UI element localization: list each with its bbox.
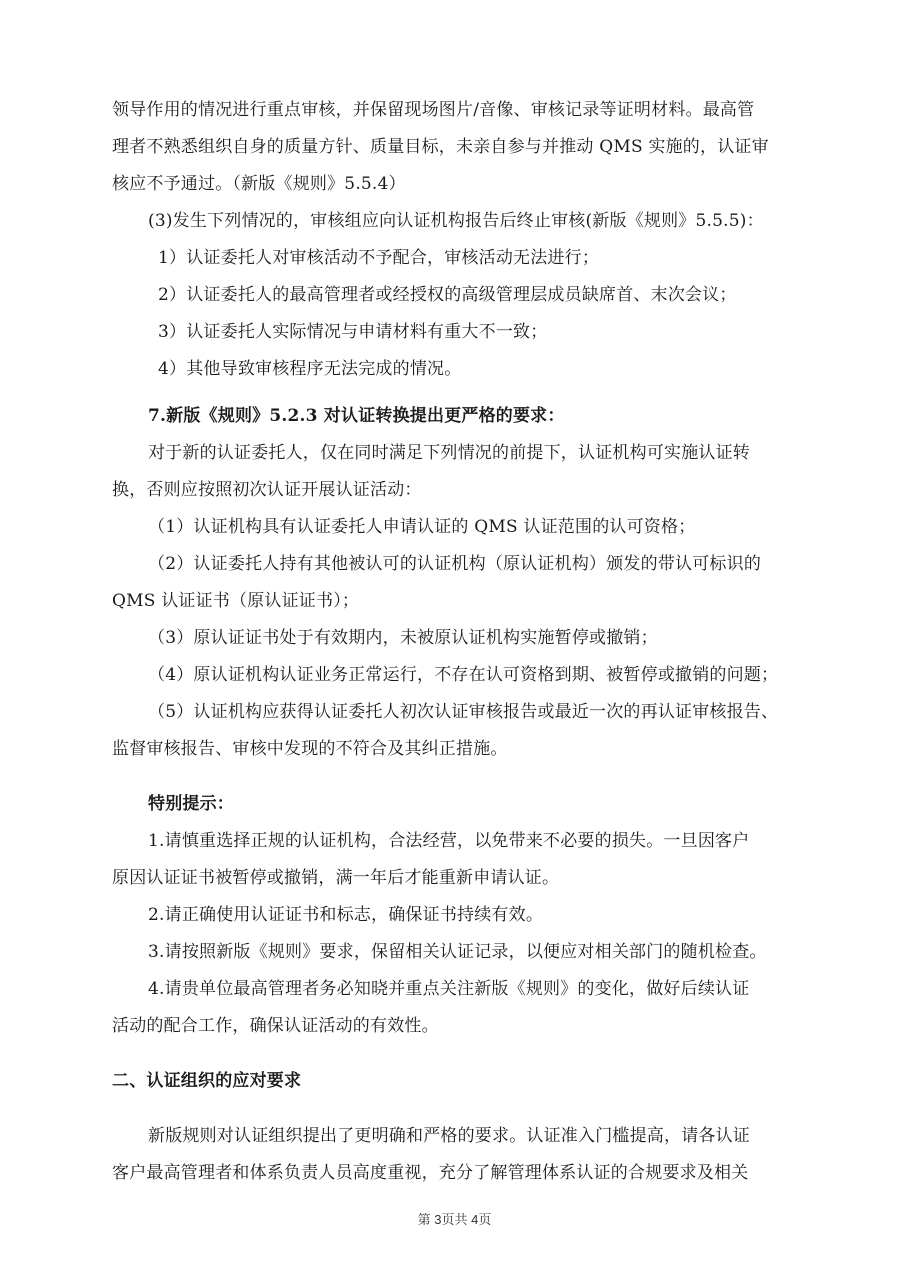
list-item: （5）认证机构应获得认证委托人初次认证审核报告或最近一次的再认证审核报告、 监督… xyxy=(112,694,802,768)
text-line: 领导作用的情况进行重点审核，并保留现场图片/音像、审核记录等证明材料。最高管 xyxy=(112,92,802,129)
text-line: 客户最高管理者和体系负责人员高度重视，充分了解管理体系认证的合规要求及相关 xyxy=(112,1155,802,1192)
text-line: 监督审核报告、审核中发现的不符合及其纠正措施。 xyxy=(112,731,802,768)
list-item: （1）认证机构具有认证委托人申请认证的 QMS 认证范围的认可资格； xyxy=(112,509,802,546)
document-page: 领导作用的情况进行重点审核，并保留现场图片/音像、审核记录等证明材料。最高管 理… xyxy=(112,92,802,1192)
list-item: 1）认证委托人对审核活动不予配合，审核活动无法进行； xyxy=(112,240,802,277)
text-line: 换，否则应按照初次认证开展认证活动： xyxy=(112,472,802,509)
section-heading-7: 7.新版《规则》5.2.3 对认证转换提出更严格的要求： xyxy=(112,398,802,435)
section-heading-2: 二、认证组织的应对要求 xyxy=(112,1063,802,1100)
section7-intro: 对于新的认证委托人，仅在同时满足下列情况的前提下，认证机构可实施认证转 换，否则… xyxy=(112,435,802,509)
text-line: 4.请贵单位最高管理者务必知晓并重点关注新版《规则》的变化，做好后续认证 xyxy=(112,971,802,1008)
paragraph-leadership: 领导作用的情况进行重点审核，并保留现场图片/音像、审核记录等证明材料。最高管 理… xyxy=(112,92,802,203)
list-item: 4）其他导致审核程序无法完成的情况。 xyxy=(112,351,802,388)
list-item: （4）原认证机构认证业务正常运行，不存在认可资格到期、被暂停或撤销的问题； xyxy=(112,657,802,694)
text-line: QMS 认证证书（原认证证书）； xyxy=(112,583,802,620)
tips-heading: 特别提示： xyxy=(112,786,802,823)
text-line: 原因认证证书被暂停或撤销，满一年后才能重新申请认证。 xyxy=(112,860,802,897)
text-line: （5）认证机构应获得认证委托人初次认证审核报告或最近一次的再认证审核报告、 xyxy=(112,694,802,731)
text-line: 对于新的认证委托人，仅在同时满足下列情况的前提下，认证机构可实施认证转 xyxy=(112,435,802,472)
list-item: 3）认证委托人实际情况与申请材料有重大不一致； xyxy=(112,314,802,351)
text-line: 理者不熟悉组织自身的质量方针、质量目标，未亲自参与并推动 QMS 实施的，认证审 xyxy=(112,129,802,166)
list-item: （3）原认证证书处于有效期内，未被原认证机构实施暂停或撤销； xyxy=(112,620,802,657)
tip-item: 4.请贵单位最高管理者务必知晓并重点关注新版《规则》的变化，做好后续认证 活动的… xyxy=(112,971,802,1045)
list-item: 2）认证委托人的最高管理者或经授权的高级管理层成员缺席首、末次会议； xyxy=(112,277,802,314)
page-number: 第 3页共 4页 xyxy=(0,1209,909,1228)
list-item: （2）认证委托人持有其他被认可的认证机构（原认证机构）颁发的带认可标识的 QMS… xyxy=(112,546,802,620)
tip-item: 1.请慎重选择正规的认证机构，合法经营，以免带来不必要的损失。一旦因客户 原因认… xyxy=(112,823,802,897)
tip-item: 2.请正确使用认证证书和标志，确保证书持续有效。 xyxy=(112,897,802,934)
paragraph-terminate-audit: (3)发生下列情况的，审核组应向认证机构报告后终止审核(新版《规则》5.5.5)… xyxy=(112,203,802,240)
text-line: 新版规则对认证组织提出了更明确和严格的要求。认证准入门槛提高，请各认证 xyxy=(112,1118,802,1155)
section2-body: 新版规则对认证组织提出了更明确和严格的要求。认证准入门槛提高，请各认证 客户最高… xyxy=(112,1118,802,1192)
text-line: 1.请慎重选择正规的认证机构，合法经营，以免带来不必要的损失。一旦因客户 xyxy=(112,823,802,860)
text-line: （2）认证委托人持有其他被认可的认证机构（原认证机构）颁发的带认可标识的 xyxy=(112,546,802,583)
tip-item: 3.请按照新版《规则》要求，保留相关认证记录，以便应对相关部门的随机检查。 xyxy=(112,934,802,971)
text-line: 核应不予通过。（新版《规则》5.5.4） xyxy=(112,166,802,203)
text-line: 活动的配合工作，确保认证活动的有效性。 xyxy=(112,1008,802,1045)
